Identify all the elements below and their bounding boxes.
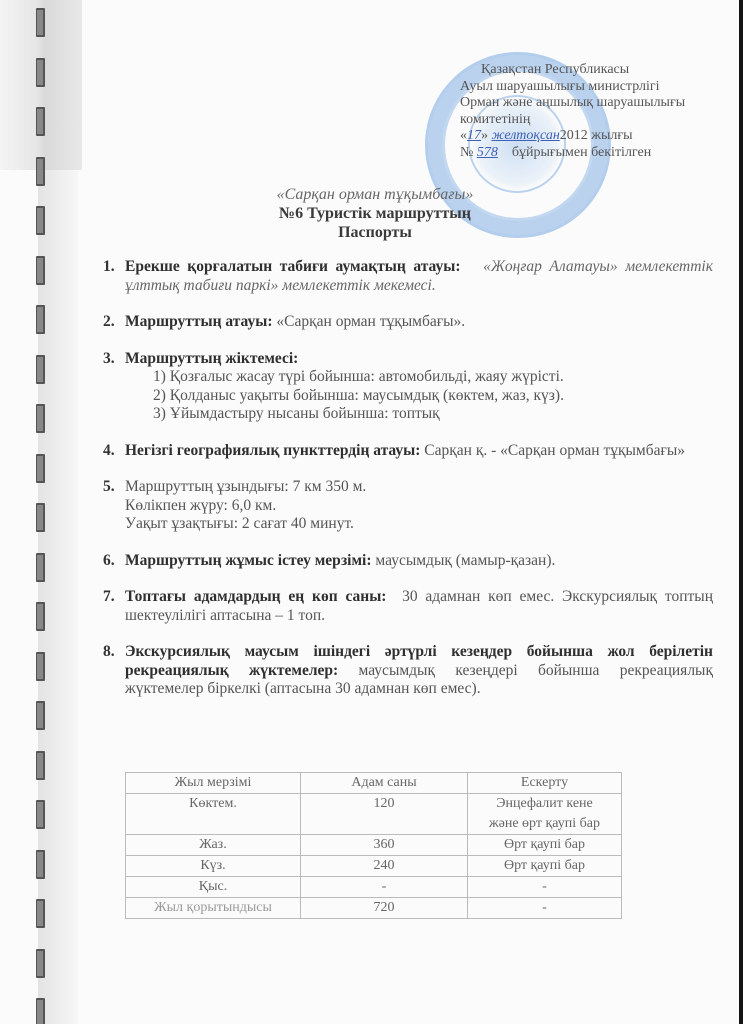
binding-hole-icon (36, 58, 45, 87)
handwritten-month: желтоқсан (492, 128, 560, 143)
table-cell: Өрт қаупі бар (468, 835, 622, 856)
item-number: 5. (103, 478, 115, 497)
binding-hole-icon (36, 701, 45, 730)
item-line: Уақыт ұзақтығы: 2 сағат 40 минут. (125, 515, 713, 534)
list-item: 6. Маршруттың жұмыс істеу мерзімі: маусы… (103, 552, 713, 571)
title-line: №6 Туристік маршруттың (200, 204, 550, 223)
approval-date: «17» желтоқсан2012 жылғы (460, 128, 730, 145)
binding-hole-icon (36, 404, 45, 433)
binding-hole-icon (36, 107, 45, 136)
item-label: Маршруттың атауы: (125, 313, 273, 330)
list-item: 8. Экскурсиялық маусым ішіндегі әртүрлі … (103, 643, 713, 699)
item-label: Топтағы адамдардың ең көп саны: (125, 588, 386, 605)
binding-hole-icon (36, 751, 45, 780)
table-cell: 120 (301, 794, 468, 835)
table-header-row: Жыл мерзімі Адам саны Ескерту (126, 773, 622, 794)
column-header: Жыл мерзімі (126, 773, 301, 794)
binding-hole-icon (36, 454, 45, 483)
approval-line: комитетінің (460, 112, 730, 129)
list-item: 5. Маршруттың ұзындығы: 7 км 350 м. Көлі… (103, 478, 713, 534)
handwritten-order-number: 578 (477, 145, 498, 160)
title-line: Паспорты (200, 223, 550, 242)
table-row: Жыл қорытындысы 720 - (126, 898, 622, 919)
binding-hole-icon (36, 998, 45, 1024)
number-sign: № (460, 145, 473, 160)
item-value: Сарқан қ. - «Сарқан орман тұқымбағы» (424, 442, 685, 459)
approval-block: Қазақстан Республикасы Ауыл шаруашылығы … (460, 62, 730, 161)
table-row: Жаз. 360 Өрт қаупі бар (126, 835, 622, 856)
item-value: «Сарқан орман тұқымбағы». (276, 313, 465, 330)
binding-hole-icon (36, 602, 45, 631)
item-number: 7. (103, 588, 115, 607)
binding-hole-icon (36, 355, 45, 384)
list-item: 3. Маршруттың жіктемесі: 1) Қозғалыс жас… (103, 350, 713, 424)
table-row: Қыс. - - (126, 877, 622, 898)
title-subtitle: «Сарқан орман тұқымбағы» (200, 185, 550, 204)
table-cell: 360 (301, 835, 468, 856)
list-item: 1. Ерекше қорғалатын табиғи аумақтың ата… (103, 258, 713, 295)
order-text: бұйрығымен бекітілген (512, 145, 651, 160)
binding-hole-icon (36, 899, 45, 928)
binding-hole-icon (36, 949, 45, 978)
binding-hole-icon (36, 206, 45, 235)
binding-hole-icon (36, 256, 45, 285)
approval-order: № 578 бұйрығымен бекітілген (460, 145, 730, 162)
sublist-item: 1) Қозғалыс жасау түрі бойынша: автомоби… (153, 368, 713, 387)
item-label: Маршруттың жұмыс істеу мерзімі: (125, 552, 372, 569)
item-number: 4. (103, 442, 115, 461)
table-cell: Жыл қорытындысы (126, 898, 301, 919)
table-cell: Өрт қаупі бар (468, 856, 622, 877)
item-line: Маршруттың ұзындығы: 7 км 350 м. (125, 478, 713, 497)
item-number: 6. (103, 552, 115, 571)
table-cell: - (468, 898, 622, 919)
season-load-table: Жыл мерзімі Адам саны Ескерту Көктем. 12… (125, 772, 622, 919)
list-item: 4. Негізгі географиялық пункттердің атау… (103, 442, 713, 461)
quote: » (481, 128, 488, 143)
sublist: 1) Қозғалыс жасау түрі бойынша: автомоби… (125, 368, 713, 424)
table-cell: Энцефалит кене және өрт қаупі бар (468, 794, 622, 835)
approval-line: Қазақстан Республикасы (460, 62, 730, 79)
table-row: Көктем. 120 Энцефалит кене және өрт қауп… (126, 794, 622, 835)
binding-hole-icon (36, 652, 45, 681)
binding-holes (36, 0, 48, 1024)
table-cell: 240 (301, 856, 468, 877)
approval-line: Орман және аңшылық шаруашылығы (460, 95, 730, 112)
list-item: 2. Маршруттың атауы: «Сарқан орман тұқым… (103, 313, 713, 332)
binding-hole-icon (36, 305, 45, 334)
table-cell: Жаз. (126, 835, 301, 856)
table-cell: 720 (301, 898, 468, 919)
binding-hole-icon (36, 503, 45, 532)
item-label: Негізгі географиялық пункттердің атауы: (125, 442, 420, 459)
table-cell: Көктем. (126, 794, 301, 835)
item-number: 3. (103, 350, 115, 369)
approval-year: 2012 жылғы (560, 128, 633, 143)
item-value: маусымдық (мамыр-қазан). (375, 552, 555, 569)
item-number: 8. (103, 643, 115, 662)
approval-line: Ауыл шаруашылығы министрлігі (460, 79, 730, 96)
item-label: Ерекше қорғалатын табиғи аумақтың атауы: (125, 258, 460, 275)
sublist-item: 2) Қолданыс уақыты бойынша: маусымдық (к… (153, 387, 713, 406)
binding-hole-icon (36, 850, 45, 879)
table-cell: Күз. (126, 856, 301, 877)
item-number: 2. (103, 313, 115, 332)
table-row: Күз. 240 Өрт қаупі бар (126, 856, 622, 877)
column-header: Ескерту (468, 773, 622, 794)
handwritten-day: 17 (467, 128, 481, 143)
quote: « (460, 128, 467, 143)
document-title: «Сарқан орман тұқымбағы» №6 Туристік мар… (200, 185, 550, 242)
table-cell: Қыс. (126, 877, 301, 898)
table-cell: - (301, 877, 468, 898)
binding-hole-icon (36, 157, 45, 186)
item-label: Маршруттың жіктемесі: (125, 350, 298, 367)
column-header: Адам саны (301, 773, 468, 794)
binding-hole-icon (36, 8, 45, 37)
item-number: 1. (103, 258, 115, 277)
binding-hole-icon (36, 553, 45, 582)
list-item: 7. Топтағы адамдардың ең көп саны: 30 ад… (103, 588, 713, 625)
item-line: Көлікпен жүру: 6,0 км. (125, 497, 713, 516)
sublist-item: 3) Ұйымдастыру нысаны бойынша: топтық (153, 405, 713, 424)
scan-edge (739, 0, 743, 1024)
passport-items: 1. Ерекше қорғалатын табиғи аумақтың ата… (103, 258, 713, 717)
table-cell: - (468, 877, 622, 898)
binding-hole-icon (36, 800, 45, 829)
